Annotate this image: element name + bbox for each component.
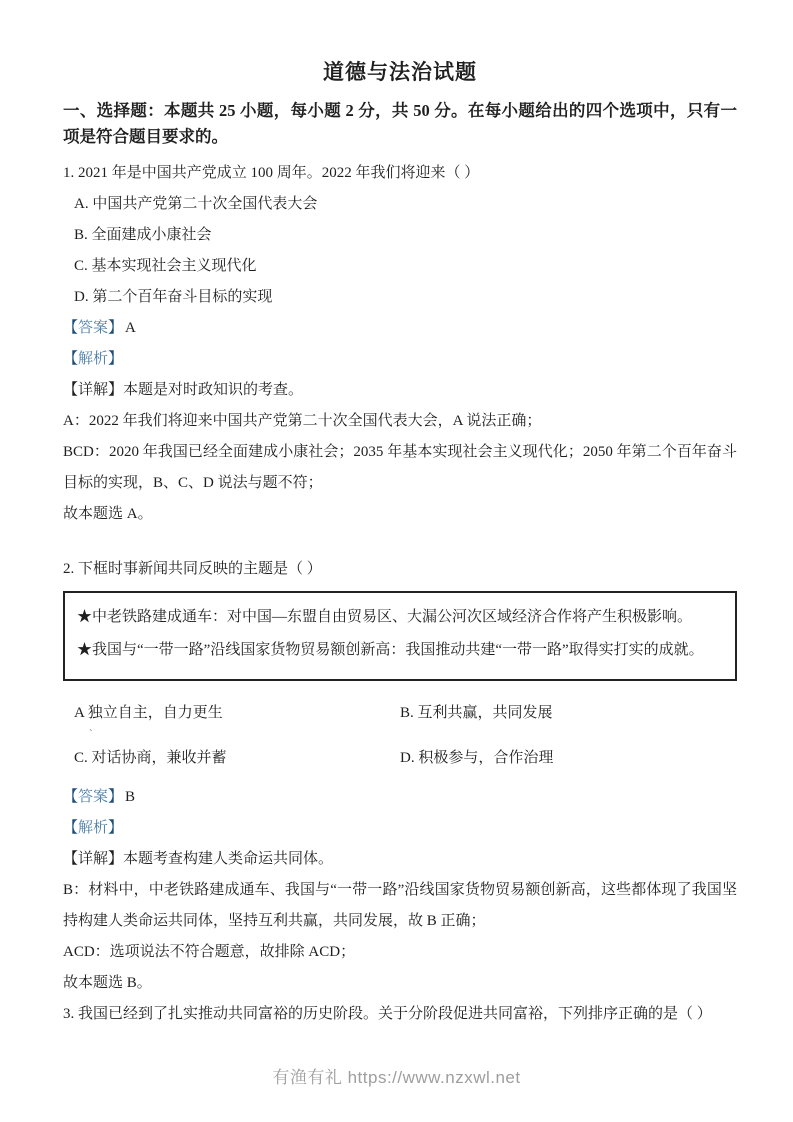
answer-bracket-open: 【 bbox=[63, 789, 78, 805]
question-2-explanation-line: ACD：选项说法不符合题意，故排除 ACD； bbox=[63, 937, 737, 968]
news-box-line-2: ★我国与“一带一路”沿线国家货物贸易额创新高：我国推动共建“一带一路”取得实打实… bbox=[77, 634, 723, 667]
answer-bracket-open: 【 bbox=[63, 320, 78, 336]
analysis-bracket-open: 【 bbox=[63, 820, 78, 836]
section-header: 一、选择题：本题共 25 小题，每小题 2 分，共 50 分。在每小题给出的四个… bbox=[63, 98, 737, 150]
spacer bbox=[400, 729, 737, 743]
question-2-explanation-line: 故本题选 B。 bbox=[63, 968, 737, 999]
question-1-analysis-row: 【解析】 bbox=[63, 344, 737, 375]
answer-label: 答案 bbox=[78, 320, 108, 336]
answer-bracket-close: 】 bbox=[108, 320, 123, 336]
question-2-option-b: B. 互利共赢，共同发展 bbox=[400, 698, 737, 729]
spacer bbox=[63, 530, 737, 554]
analysis-bracket-open: 【 bbox=[63, 351, 78, 367]
spacer bbox=[63, 681, 737, 698]
news-box-line-1: ★中老铁路建成通车：对中国—东盟自由贸易区、大漏公河次区域经济合作将产生积极影响… bbox=[77, 601, 723, 634]
question-1-answer-letter: A bbox=[125, 320, 136, 336]
question-2-option-d: D. 积极参与，合作治理 bbox=[400, 743, 737, 774]
question-2-option-a: A 独立自主，自力更生 bbox=[74, 698, 400, 729]
question-1-option-c: C. 基本实现社会主义现代化 bbox=[63, 251, 737, 282]
analysis-label: 解析 bbox=[78, 820, 108, 836]
question-1-answer-row: 【答案】A bbox=[63, 313, 737, 344]
question-1-stem: 1. 2021 年是中国共产党成立 100 周年。2022 年我们将迎来（ ） bbox=[63, 158, 737, 189]
question-3-stem: 3. 我国已经到了扎实推动共同富裕的历史阶段。关于分阶段促进共同富裕，下列排序正… bbox=[63, 999, 737, 1030]
question-1-explanation-line: 【详解】本题是对时政知识的考查。 bbox=[63, 375, 737, 406]
question-1-option-b: B. 全面建成小康社会 bbox=[63, 220, 737, 251]
analysis-label: 解析 bbox=[78, 351, 108, 367]
analysis-bracket-close: 】 bbox=[108, 820, 123, 836]
question-1-option-d: D. 第二个百年奋斗目标的实现 bbox=[63, 282, 737, 313]
site-watermark: 有渔有礼 https://www.nzxwl.net bbox=[0, 1063, 793, 1088]
question-2-analysis-row: 【解析】 bbox=[63, 813, 737, 844]
stray-mark: ` bbox=[74, 729, 400, 743]
page-title: 道德与法治试题 bbox=[63, 56, 737, 86]
question-2-explanation-line: 【详解】本题考查构建人类命运共同体。 bbox=[63, 844, 737, 875]
news-quote-box: ★中老铁路建成通车：对中国—东盟自由贸易区、大漏公河次区域经济合作将产生积极影响… bbox=[63, 591, 737, 681]
answer-bracket-close: 】 bbox=[108, 789, 123, 805]
answer-label: 答案 bbox=[78, 789, 108, 805]
spacer bbox=[63, 774, 737, 782]
question-2-stem: 2. 下框时事新闻共同反映的主题是（ ） bbox=[63, 554, 737, 585]
question-1-explanation-line: A：2022 年我们将迎来中国共产党第二十次全国代表大会，A 说法正确； bbox=[63, 406, 737, 437]
analysis-bracket-close: 】 bbox=[108, 351, 123, 367]
question-2-options: A 独立自主，自力更生 B. 互利共赢，共同发展 ` C. 对话协商，兼收并蓄 … bbox=[63, 698, 737, 774]
question-1-explanation-line: 故本题选 A。 bbox=[63, 499, 737, 530]
document-page: 道德与法治试题 一、选择题：本题共 25 小题，每小题 2 分，共 50 分。在… bbox=[63, 56, 737, 1030]
question-1-option-a: A. 中国共产党第二十次全国代表大会 bbox=[63, 189, 737, 220]
question-2-explanation-line: B：材料中，中老铁路建成通车、我国与“一带一路”沿线国家货物贸易额创新高，这些都… bbox=[63, 875, 737, 937]
question-2-answer-letter: B bbox=[125, 789, 135, 805]
question-1-explanation-line: BCD：2020 年我国已经全面建成小康社会；2035 年基本实现社会主义现代化… bbox=[63, 437, 737, 499]
question-2-answer-row: 【答案】B bbox=[63, 782, 737, 813]
question-2-option-c: C. 对话协商，兼收并蓄 bbox=[74, 743, 400, 774]
